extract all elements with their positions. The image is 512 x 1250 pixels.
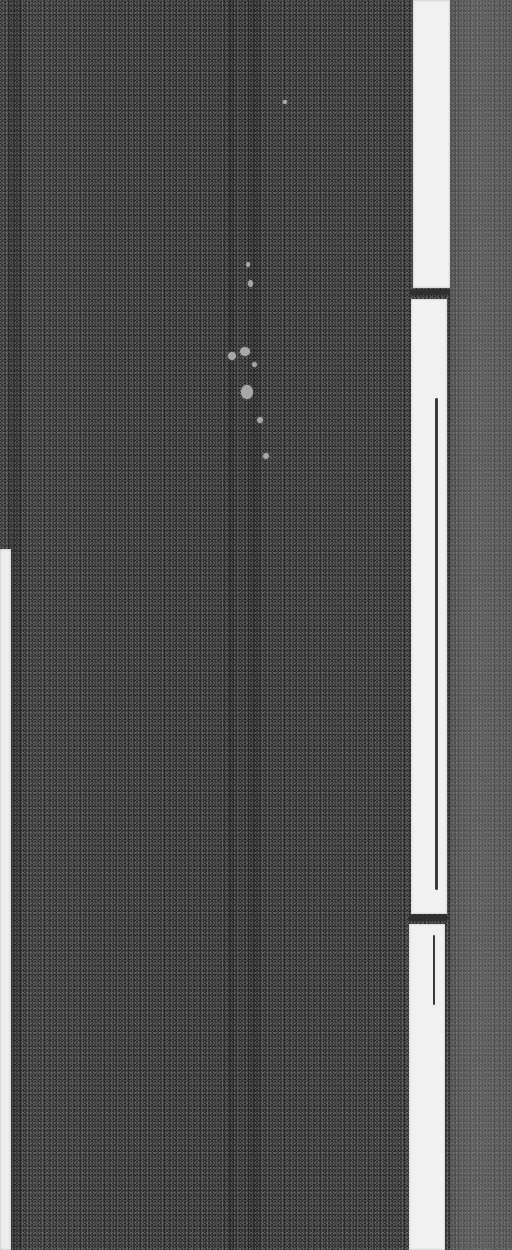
debris-stone (283, 100, 287, 104)
debris-stone (240, 347, 250, 356)
debris-stone (263, 453, 269, 459)
longitudinal-crack (433, 935, 435, 1005)
debris-stone (257, 417, 263, 423)
debris-stone (248, 280, 253, 287)
right-lane-marking-segment (413, 0, 450, 288)
tire-streak (250, 0, 260, 1250)
debris-stone (246, 262, 250, 267)
debris-stone (241, 385, 253, 399)
longitudinal-crack (435, 398, 438, 890)
transverse-crack (410, 289, 450, 296)
right-lane-marking-segment (409, 924, 445, 1250)
right-lane-marking-segment (411, 299, 447, 914)
transverse-crack (408, 915, 448, 922)
road-shoulder (450, 0, 512, 1250)
debris-stone (228, 352, 236, 360)
shoulder-texture (450, 0, 512, 1250)
tire-streak (228, 0, 234, 1250)
debris-stone (252, 362, 257, 367)
left-lane-marking (0, 549, 11, 1250)
